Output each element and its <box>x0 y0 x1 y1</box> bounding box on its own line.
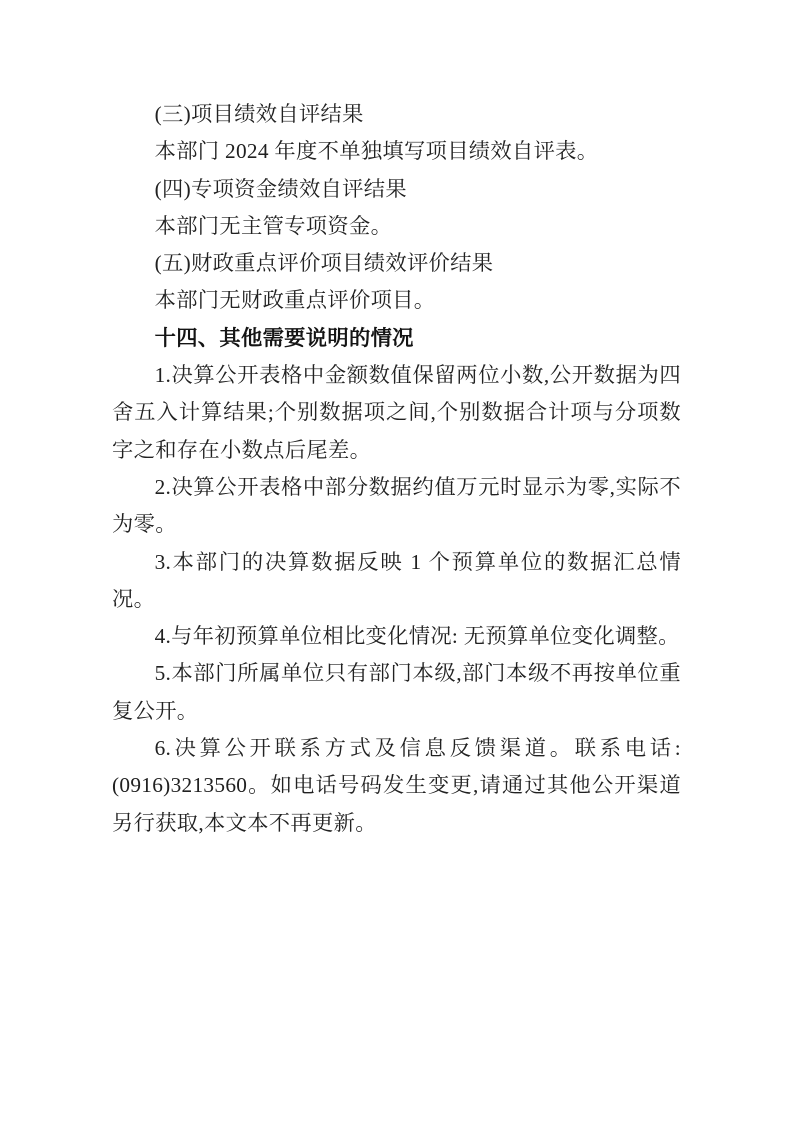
para-project-performance-note: 本部门 2024 年度不单独填写项目绩效自评表。 <box>112 133 681 170</box>
para-note-2-zero-display: 2.决算公开表格中部分数据约值万元时显示为零,实际不为零。 <box>112 469 681 544</box>
section-item-4-title: (四)专项资金绩效自评结果 <box>112 171 681 208</box>
section-14-heading: 十四、其他需要说明的情况 <box>112 320 681 357</box>
para-special-funds-note: 本部门无主管专项资金。 <box>112 208 681 245</box>
section-item-3-title: (三)项目绩效自评结果 <box>112 96 681 133</box>
para-key-evaluation-note: 本部门无财政重点评价项目。 <box>112 282 681 319</box>
para-note-5-no-duplicate-disclosure: 5.本部门所属单位只有部门本级,部门本级不再按单位重复公开。 <box>112 655 681 730</box>
document-text-block: (三)项目绩效自评结果 本部门 2024 年度不单独填写项目绩效自评表。 (四)… <box>112 96 681 842</box>
section-item-5-title: (五)财政重点评价项目绩效评价结果 <box>112 245 681 282</box>
document-page: (三)项目绩效自评结果 本部门 2024 年度不单独填写项目绩效自评表。 (四)… <box>0 0 793 1122</box>
para-note-4-unit-changes: 4.与年初预算单位相比变化情况: 无预算单位变化调整。 <box>112 618 681 655</box>
para-note-3-budget-units: 3.本部门的决算数据反映 1 个预算单位的数据汇总情况。 <box>112 544 681 619</box>
para-note-1-rounding: 1.决算公开表格中金额数值保留两位小数,公开数据为四舍五入计算结果;个别数据项之… <box>112 357 681 469</box>
para-note-6-contact-phone: 6.决算公开联系方式及信息反馈渠道。联系电话:(0916)3213560。如电话… <box>112 730 681 842</box>
